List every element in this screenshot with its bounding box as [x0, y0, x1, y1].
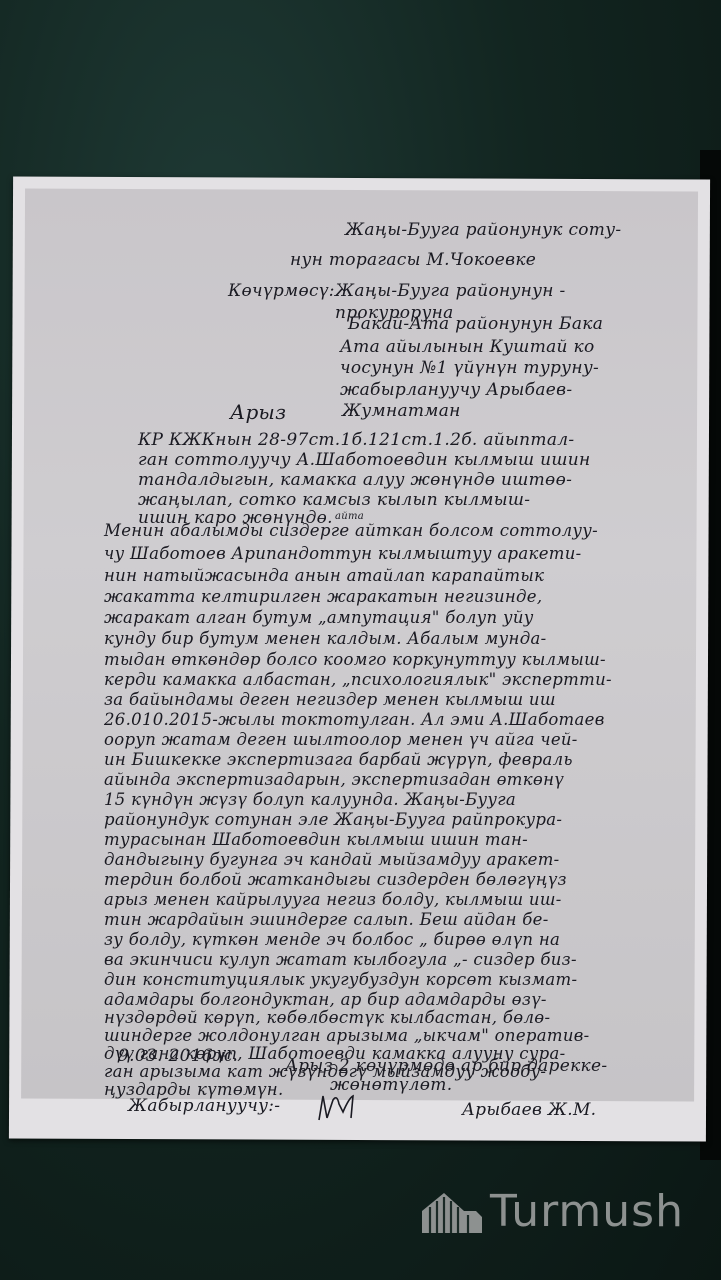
sender-line-3: чосунун №1 үйүнүн туруну- — [340, 360, 599, 377]
subject-line-4: жаңылап, сотко камсыз кылып кылмыш- — [138, 492, 530, 509]
body-line: ооруп жатам деген шылтоолор менен үч айг… — [104, 732, 578, 749]
sender-line-1: Бакай-Ата районунун Бака — [348, 316, 603, 333]
body-line: тердин болбой жаткандыгы сиздерден бөлөг… — [104, 872, 567, 889]
sender-line-5: Жумнатман — [342, 403, 461, 420]
body-line: чу Шаботоев Арипандоттун кылмыштуу араке… — [104, 546, 582, 563]
body-line: 26.010.2015-жылы токтотулган. Ал эми А.Ш… — [104, 712, 605, 729]
body-line: зу болду, күткөн менде эч болбос „ бирөө… — [104, 932, 560, 949]
copy-label: Көчүрмөсү: — [228, 283, 335, 300]
body-line: жаракат алган бутум „ампутация" болуп уй… — [104, 610, 534, 627]
signer-name: Арыбаев Ж.М. — [462, 1102, 596, 1119]
signature-mark — [315, 1090, 357, 1124]
body-line: нүздөрдөй көрүп, көбөлбөстүк кылбастан, … — [104, 1010, 550, 1027]
subject-line-1: КР КЖКнын 28-97ст.1б.121ст.1.2б. айыптал… — [138, 432, 574, 449]
body-line: адамдары болгондуктан, ар бир адамдарды … — [104, 992, 547, 1009]
body-line: районундук сотунан эле Жаңы-Бууга райпро… — [104, 812, 562, 829]
body-line: жакатта келтирилген жаракатын негизинде, — [104, 589, 542, 606]
body-line: шиндерге жолдонулган арызыма „ыкчам" опе… — [104, 1028, 590, 1045]
watermark-text: Turmush — [490, 1186, 684, 1237]
body-line: нин натыйжасында анын атайлап карапайтык — [104, 568, 544, 585]
subject-line-3: тандалдыгын, камакка алуу жөнүндө иштөө- — [138, 472, 572, 489]
document-title: Арыз — [230, 402, 286, 422]
note-line-1: Арыз 2 көчүрмөдө ар бир дарекке- — [285, 1058, 607, 1075]
turmush-watermark: Turmush — [420, 1183, 684, 1239]
body-line: дандыгыну бугунга эч кандай мыйзамдуу ар… — [104, 852, 560, 869]
body-line: дин конституциялык укугубуздун корсөт кы… — [104, 972, 577, 989]
body-line: керди камакка албастан, „психологиялык" … — [104, 672, 612, 689]
sender-line-4: жабырлануучу Арыбаев- — [340, 382, 572, 399]
body-line: арыз менен кайрылууга негиз болду, кылмы… — [104, 892, 562, 909]
body-line: 15 күндүн жүзү болуп калуунда. Жаңы-Бууг… — [104, 792, 516, 809]
signer-label: Жабырлануучу:- — [128, 1098, 280, 1115]
body-line: турасынан Шаботоевдин кылмыш ишин тан- — [104, 832, 528, 849]
body-line: кунду бир бутум менен калдым. Абалым мун… — [104, 631, 546, 648]
body-line: тыдан өткөндөр болсо коомго коркунуттуу … — [104, 652, 606, 669]
body-line: тин жардайын эшиндерге салып. Беш айдан … — [104, 912, 549, 929]
body-line: ин Бишкекке экспертизага барбай жүрүп, ф… — [104, 752, 573, 769]
house-logo-icon — [420, 1187, 484, 1235]
addressee-line-2: нун торагасы М.Чокоевке — [290, 252, 536, 269]
body-line: Менин абалымды сиздерге айткан болсом со… — [104, 523, 598, 540]
copy-to-line-1: Жаңы-Бууга районунун - — [335, 283, 566, 300]
body-line: айында экспертизадарын, экспертизадан өт… — [104, 772, 564, 789]
subject-line-2: ган соттолуучу А.Шаботоевдин кылмыш ишин — [138, 452, 590, 469]
sender-line-2: Ата айылынын Куштай ко — [340, 339, 595, 356]
body-line: за байындамы деген негиздер менен кылмыш… — [104, 692, 556, 709]
body-line: ва экинчиси кулуп жатат кылбогула „- сиз… — [104, 952, 577, 969]
addressee-line-1: Жаңы-Бууга районунук соту- — [345, 222, 621, 239]
document-date: 9.03. 2016ж. — [118, 1048, 238, 1065]
